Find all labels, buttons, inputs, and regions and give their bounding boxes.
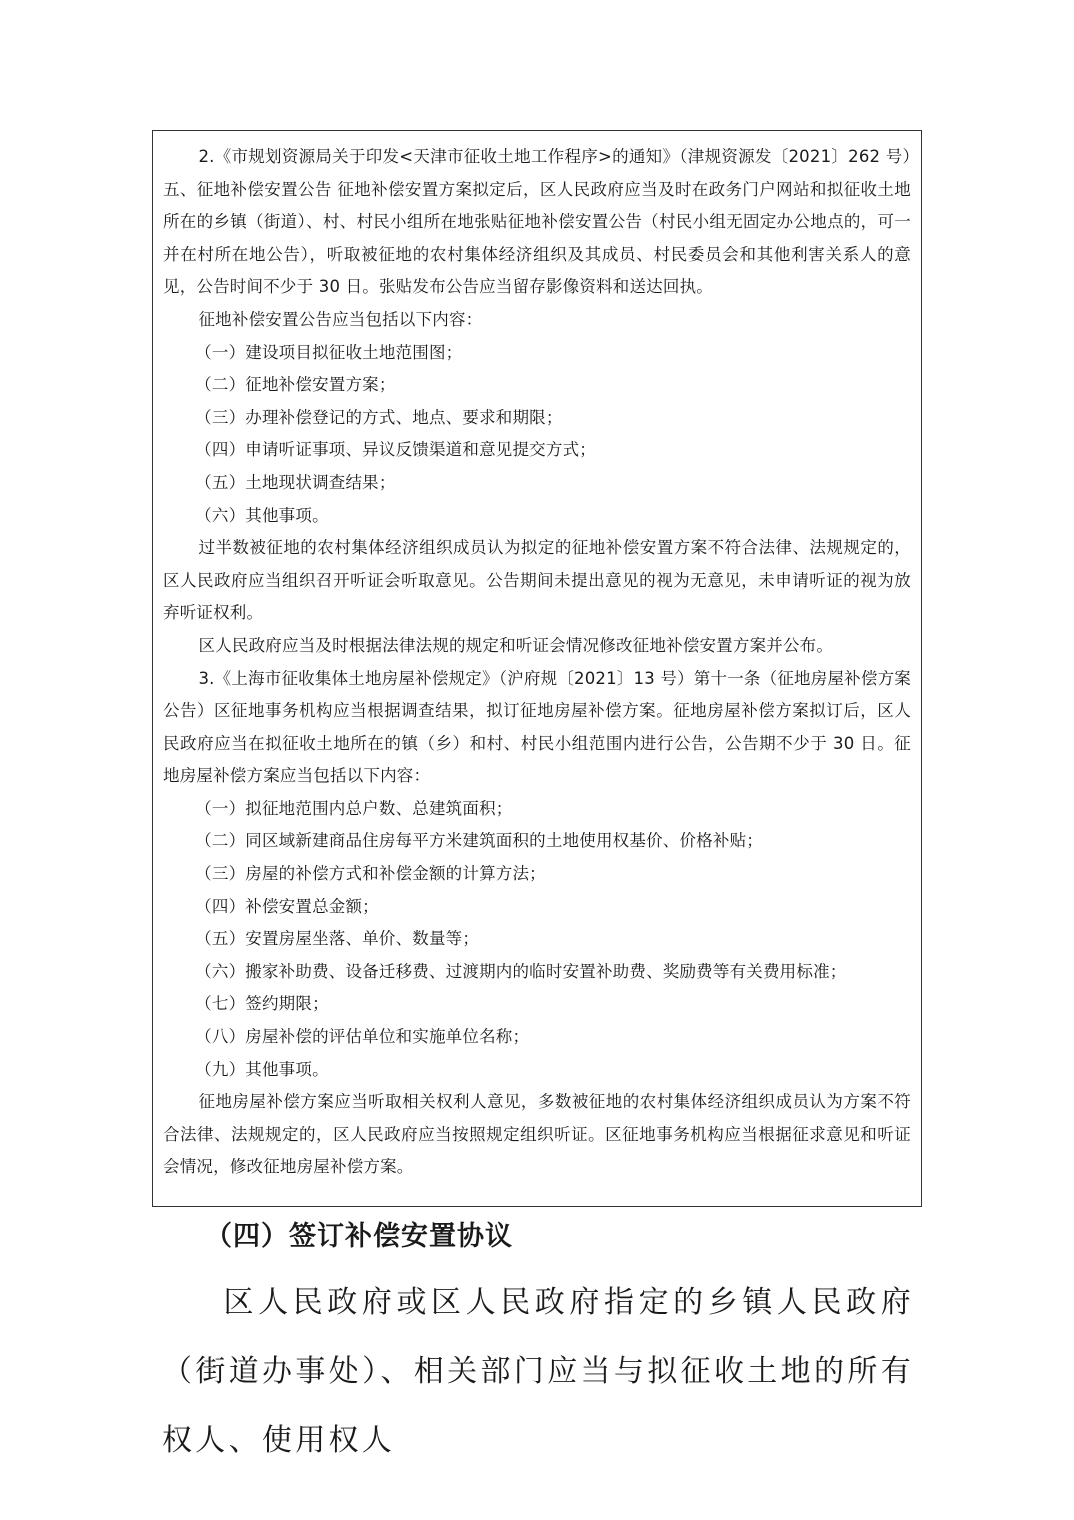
excerpt-paragraph: 征地房屋补偿方案应当听取相关权利人意见，多数被征地的农村集体经济组织成员认为方案… <box>163 1086 911 1184</box>
excerpt-list-item: （一）建设项目拟征收土地范围图； <box>163 337 911 370</box>
excerpt-list-item: （八）房屋补偿的评估单位和实施单位名称； <box>163 1021 911 1054</box>
excerpt-list-item: （一）拟征地范围内总户数、总建筑面积； <box>163 793 911 826</box>
boxed-excerpt: 2.《市规划资源局关于印发<天津市征收土地工作程序>的通知》（津规资源发〔202… <box>152 130 922 1207</box>
excerpt-list-item: （三）房屋的补偿方式和补偿金额的计算方法； <box>163 858 911 891</box>
excerpt-paragraph: 区人民政府应当及时根据法律法规的规定和听证会情况修改征地补偿安置方案并公布。 <box>163 630 911 663</box>
excerpt-list-item: （五）安置房屋坐落、单价、数量等； <box>163 923 911 956</box>
section-heading: （四）签订补偿安置协议 <box>205 1217 513 1257</box>
excerpt-list-item: （四）申请听证事项、异议反馈渠道和意见提交方式； <box>163 434 911 467</box>
excerpt-list-item: （五）土地现状调查结果； <box>163 467 911 500</box>
excerpt-list-item: （九）其他事项。 <box>163 1054 911 1087</box>
excerpt-list-item: （二）征地补偿安置方案； <box>163 369 911 402</box>
excerpt-list-item: （四）补偿安置总金额； <box>163 891 911 924</box>
excerpt-list-item: （三）办理补偿登记的方式、地点、要求和期限； <box>163 402 911 435</box>
section-paragraph: 区人民政府或区人民政府指定的乡镇人民政府（街道办事处）、相关部门应当与拟征收土地… <box>162 1268 914 1475</box>
excerpt-paragraph: 征地补偿安置公告应当包括以下内容： <box>163 304 911 337</box>
excerpt-list-item: （六）搬家补助费、设备迁移费、过渡期内的临时安置补助费、奖励费等有关费用标准； <box>163 956 911 989</box>
excerpt-list-item: （六）其他事项。 <box>163 500 911 533</box>
excerpt-list-item: （七）签约期限； <box>163 988 911 1021</box>
excerpt-paragraph: 2.《市规划资源局关于印发<天津市征收土地工作程序>的通知》（津规资源发〔202… <box>163 141 911 304</box>
excerpt-list-item: （二）同区域新建商品住房每平方米建筑面积的土地使用权基价、价格补贴； <box>163 825 911 858</box>
excerpt-paragraph: 3.《上海市征收集体土地房屋补偿规定》（沪府规〔2021〕13 号）第十一条（征… <box>163 663 911 793</box>
excerpt-paragraph: 过半数被征地的农村集体经济组织成员认为拟定的征地补偿安置方案不符合法律、法规规定… <box>163 532 911 630</box>
